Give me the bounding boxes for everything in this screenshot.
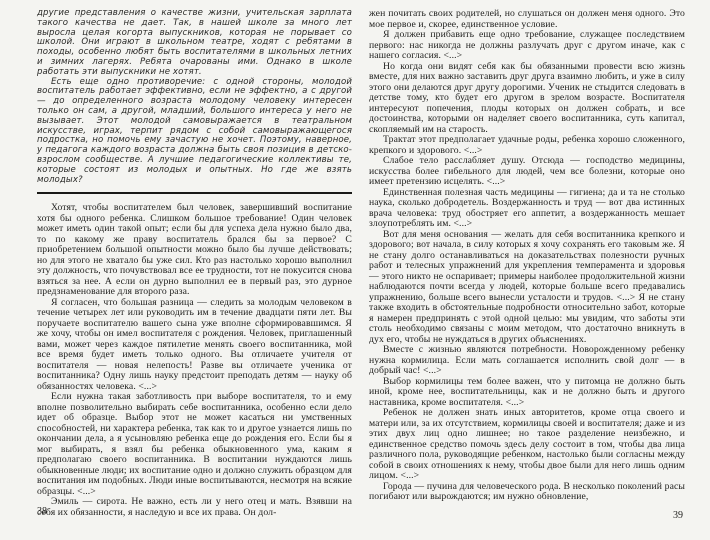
page-left: другие представления о качестве жизни, у… <box>0 0 355 540</box>
body-paragraph: Единственная полезная часть медицины — г… <box>369 188 685 230</box>
page-right: жен почитать своих родителей, но слушать… <box>355 0 710 540</box>
left-body-text: Хотят, чтобы воспитателем был человек, з… <box>37 203 352 518</box>
body-paragraph: Я согласен, что большая разница — следит… <box>37 298 352 393</box>
right-body-text: жен почитать своих родителей, но слушать… <box>369 9 685 503</box>
body-paragraph: Я должен прибавить еще одно требование, … <box>369 30 685 62</box>
excerpt-paragraph: другие представления о качестве жизни, у… <box>37 9 352 78</box>
body-paragraph: Если нужна такая заботливость при выборе… <box>37 392 352 497</box>
page-number-right: 39 <box>673 510 683 521</box>
body-paragraph: жен почитать своих родителей, но слушать… <box>369 9 685 30</box>
body-paragraph: Трактат этот предполагает удачные роды, … <box>369 135 685 156</box>
body-paragraph: Эмиль — сирота. Не важно, есть ли у него… <box>37 497 352 518</box>
excerpt-paragraph: Есть еще одно противоречие: с одной стор… <box>37 78 352 186</box>
book-spread: другие представления о качестве жизни, у… <box>0 0 710 540</box>
body-paragraph: Хотят, чтобы воспитателем был человек, з… <box>37 203 352 298</box>
body-paragraph: Но когда они видят себя как бы обязанным… <box>369 62 685 136</box>
body-paragraph: Вот для меня основания — желать для себя… <box>369 230 685 346</box>
section-divider-rule <box>37 192 352 194</box>
body-paragraph: Выбор кормилицы тем более важен, что у п… <box>369 377 685 409</box>
body-paragraph: Вместе с жизнью являются потребности. Но… <box>369 345 685 377</box>
body-paragraph: Города — пучина для человеческого рода. … <box>369 482 685 503</box>
italic-excerpt-section: другие представления о качестве жизни, у… <box>37 9 352 185</box>
body-paragraph: Ребенок не должен знать иных авторитетов… <box>369 408 685 482</box>
page-number-left: 38 <box>37 506 47 517</box>
body-paragraph: Слабое тело расслабляет душу. Отсюда — г… <box>369 156 685 188</box>
